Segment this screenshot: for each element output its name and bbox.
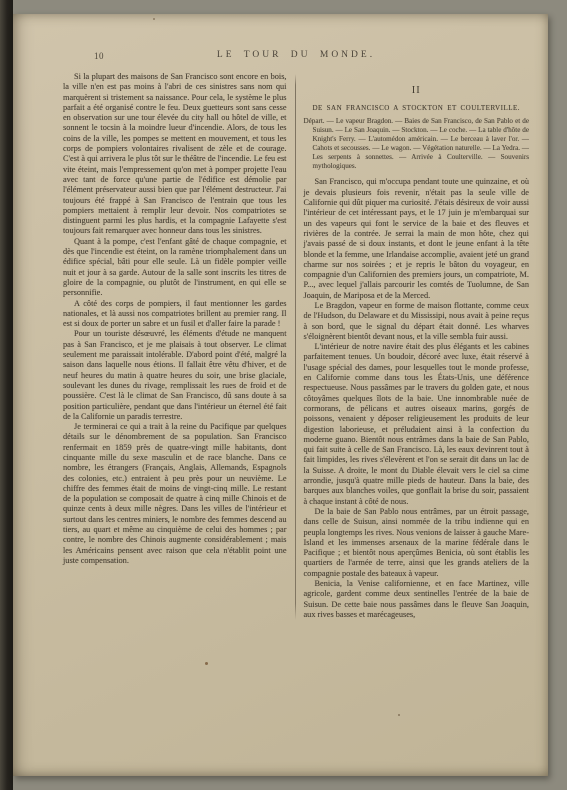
page-number: 10	[94, 51, 104, 61]
chapter-argument: Départ. — Le vapeur Bragdon. — Baies de …	[304, 117, 530, 170]
column-divider-rule	[295, 74, 296, 620]
paragraph: Si la plupart des maisons de San Francis…	[63, 72, 287, 237]
paper-stain	[205, 662, 208, 665]
paragraph: Pour un touriste désœuvré, les éléments …	[63, 329, 287, 422]
paper-stain	[398, 714, 400, 716]
chapter-title: DE SAN FRANCISCO A STOCKTON ET COULTERVI…	[304, 104, 530, 112]
book-gutter-shadow	[0, 0, 13, 790]
running-title: LE TOUR DU MONDE.	[63, 50, 529, 60]
paper-stain	[153, 18, 155, 20]
paragraph: Le Bragdon, vapeur en forme de maison fl…	[304, 301, 530, 342]
left-column: Si la plupart des maisons de San Francis…	[63, 72, 287, 620]
chapter-number: II	[304, 84, 530, 97]
paragraph: San Francisco, qui m'occupa pendant tout…	[304, 177, 530, 301]
paragraph: L'intérieur de notre navire était des pl…	[304, 342, 530, 507]
book-page: 10 LE TOUR DU MONDE. Si la plupart des m…	[13, 14, 548, 776]
text-columns: Si la plupart des maisons de San Francis…	[63, 72, 529, 620]
page-header: 10 LE TOUR DU MONDE.	[63, 50, 529, 64]
paragraph: Je terminerai ce qui a trait à la reine …	[63, 422, 287, 566]
paragraph: De la baie de San Pablo nous entrâmes, p…	[304, 507, 530, 579]
right-column: II DE SAN FRANCISCO A STOCKTON ET COULTE…	[304, 72, 530, 620]
scanned-book-photo: { "colors":{ "backdrop":"#8d8a7e", "pape…	[0, 0, 567, 790]
paragraph: Benicia, la Venise californienne, et en …	[304, 579, 530, 620]
paragraph: A côté des corps de pompiers, il faut me…	[63, 299, 287, 330]
paragraph: Quant à la pompe, c'est l'enfant gâté de…	[63, 237, 287, 299]
